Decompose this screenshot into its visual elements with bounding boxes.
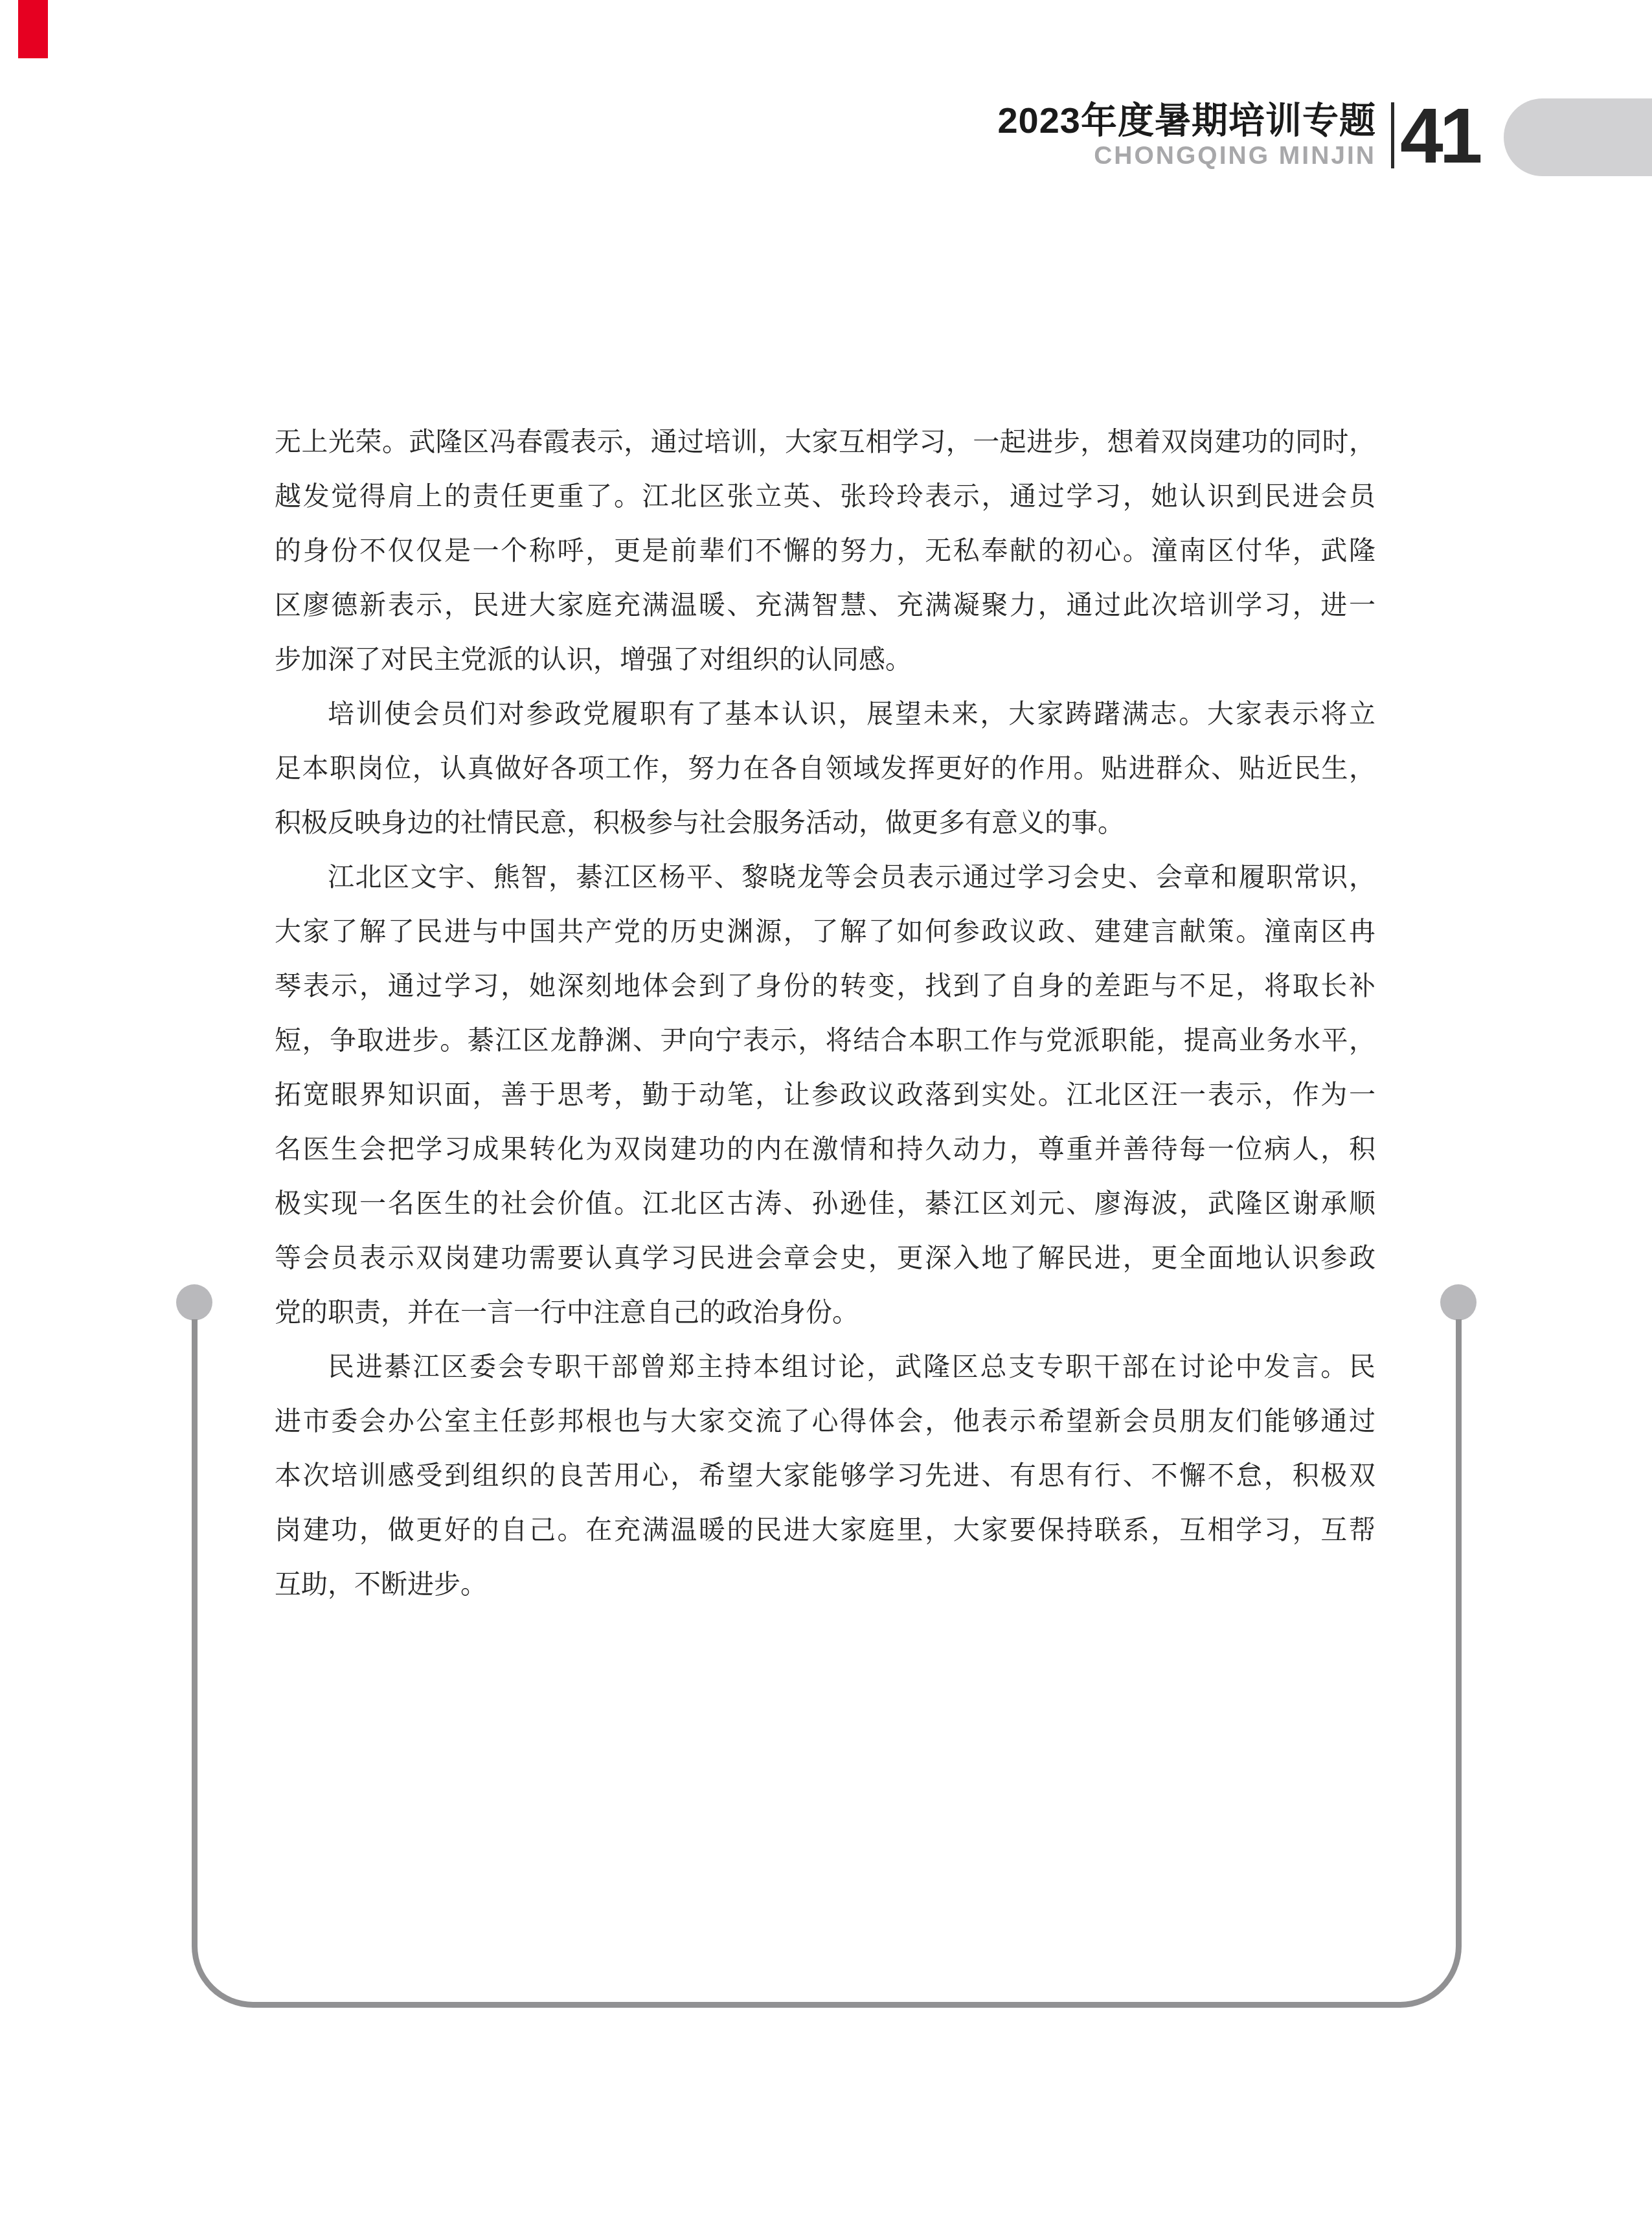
article-line: 短，争取进步。綦江区龙静渊、尹向宁表示，将结合本职工作与党派职能，提高业务水平，: [275, 1013, 1375, 1067]
article-line: 的身份不仅仅是一个称呼，更是前辈们不懈的努力，无私奉献的初心。潼南区付华，武隆: [275, 523, 1375, 578]
article-line: 培训使会员们对参政党履职有了基本认识，展望未来，大家踌躇满志。大家表示将立: [275, 687, 1375, 741]
article-line: 琴表示，通过学习，她深刻地体会到了身份的转变，找到了自身的差距与不足，将取长补: [275, 959, 1375, 1013]
article-line: 足本职岗位，认真做好各项工作，努力在各自领域发挥更好的作用。贴进群众、贴近民生，: [275, 741, 1375, 795]
frame-right-dot: [1440, 1284, 1477, 1321]
article-line: 越发觉得肩上的责任更重了。江北区张立英、张玲玲表示，通过学习，她认识到民进会员: [275, 469, 1375, 523]
article-line: 等会员表示双岗建功需要认真学习民进会章会史，更深入地了解民进，更全面地认识参政: [275, 1231, 1375, 1285]
article-line: 大家了解了民进与中国共产党的历史渊源，了解了如何参政议政、建建言献策。潼南区冉: [275, 904, 1375, 959]
header-section-title: 2023年度暑期培训专题: [997, 102, 1376, 139]
magazine-page: 2023年度暑期培训专题 CHONGQING MINJIN 41 无上光荣。武隆…: [0, 0, 1652, 2226]
article-paragraph: 无上光荣。武隆区冯春霞表示，通过培训，大家互相学习，一起进步，想着双岗建功的同时…: [275, 415, 1375, 687]
header-divider: [1391, 102, 1394, 168]
red-accent-mark: [18, 0, 48, 58]
article-line: 拓宽眼界知识面，善于思考，勤于动笔，让参政议政落到实处。江北区汪一表示，作为一: [275, 1067, 1375, 1122]
article-line: 积极反映身边的社情民意，积极参与社会服务活动，做更多有意义的事。: [275, 795, 1375, 850]
content-frame-border: [192, 1319, 1462, 2008]
article-line: 步加深了对民主党派的认识，增强了对组织的认同感。: [275, 632, 1375, 687]
page-number: 41: [1400, 97, 1478, 175]
frame-left-dot: [176, 1284, 212, 1321]
article-line: 无上光荣。武隆区冯春霞表示，通过培训，大家互相学习，一起进步，想着双岗建功的同时…: [275, 415, 1375, 469]
article-line: 江北区文宇、熊智，綦江区杨平、黎晓龙等会员表示通过学习会史、会章和履职常识，: [275, 850, 1375, 904]
article-paragraph: 江北区文宇、熊智，綦江区杨平、黎晓龙等会员表示通过学习会史、会章和履职常识，大家…: [275, 850, 1375, 1339]
header-edge-tab: [1504, 98, 1652, 176]
article-line: 极实现一名医生的社会价值。江北区古涛、孙逊佳，綦江区刘元、廖海波，武隆区谢承顺: [275, 1176, 1375, 1231]
article-paragraph: 培训使会员们对参政党履职有了基本认识，展望未来，大家踌躇满志。大家表示将立足本职…: [275, 687, 1375, 850]
header-subtitle: CHONGQING MINJIN: [1094, 143, 1376, 168]
article-line: 区廖德新表示，民进大家庭充满温暖、充满智慧、充满凝聚力，通过此次培训学习，进一: [275, 578, 1375, 632]
article-line: 名医生会把学习成果转化为双岗建功的内在激情和持久动力，尊重并善待每一位病人，积: [275, 1122, 1375, 1176]
